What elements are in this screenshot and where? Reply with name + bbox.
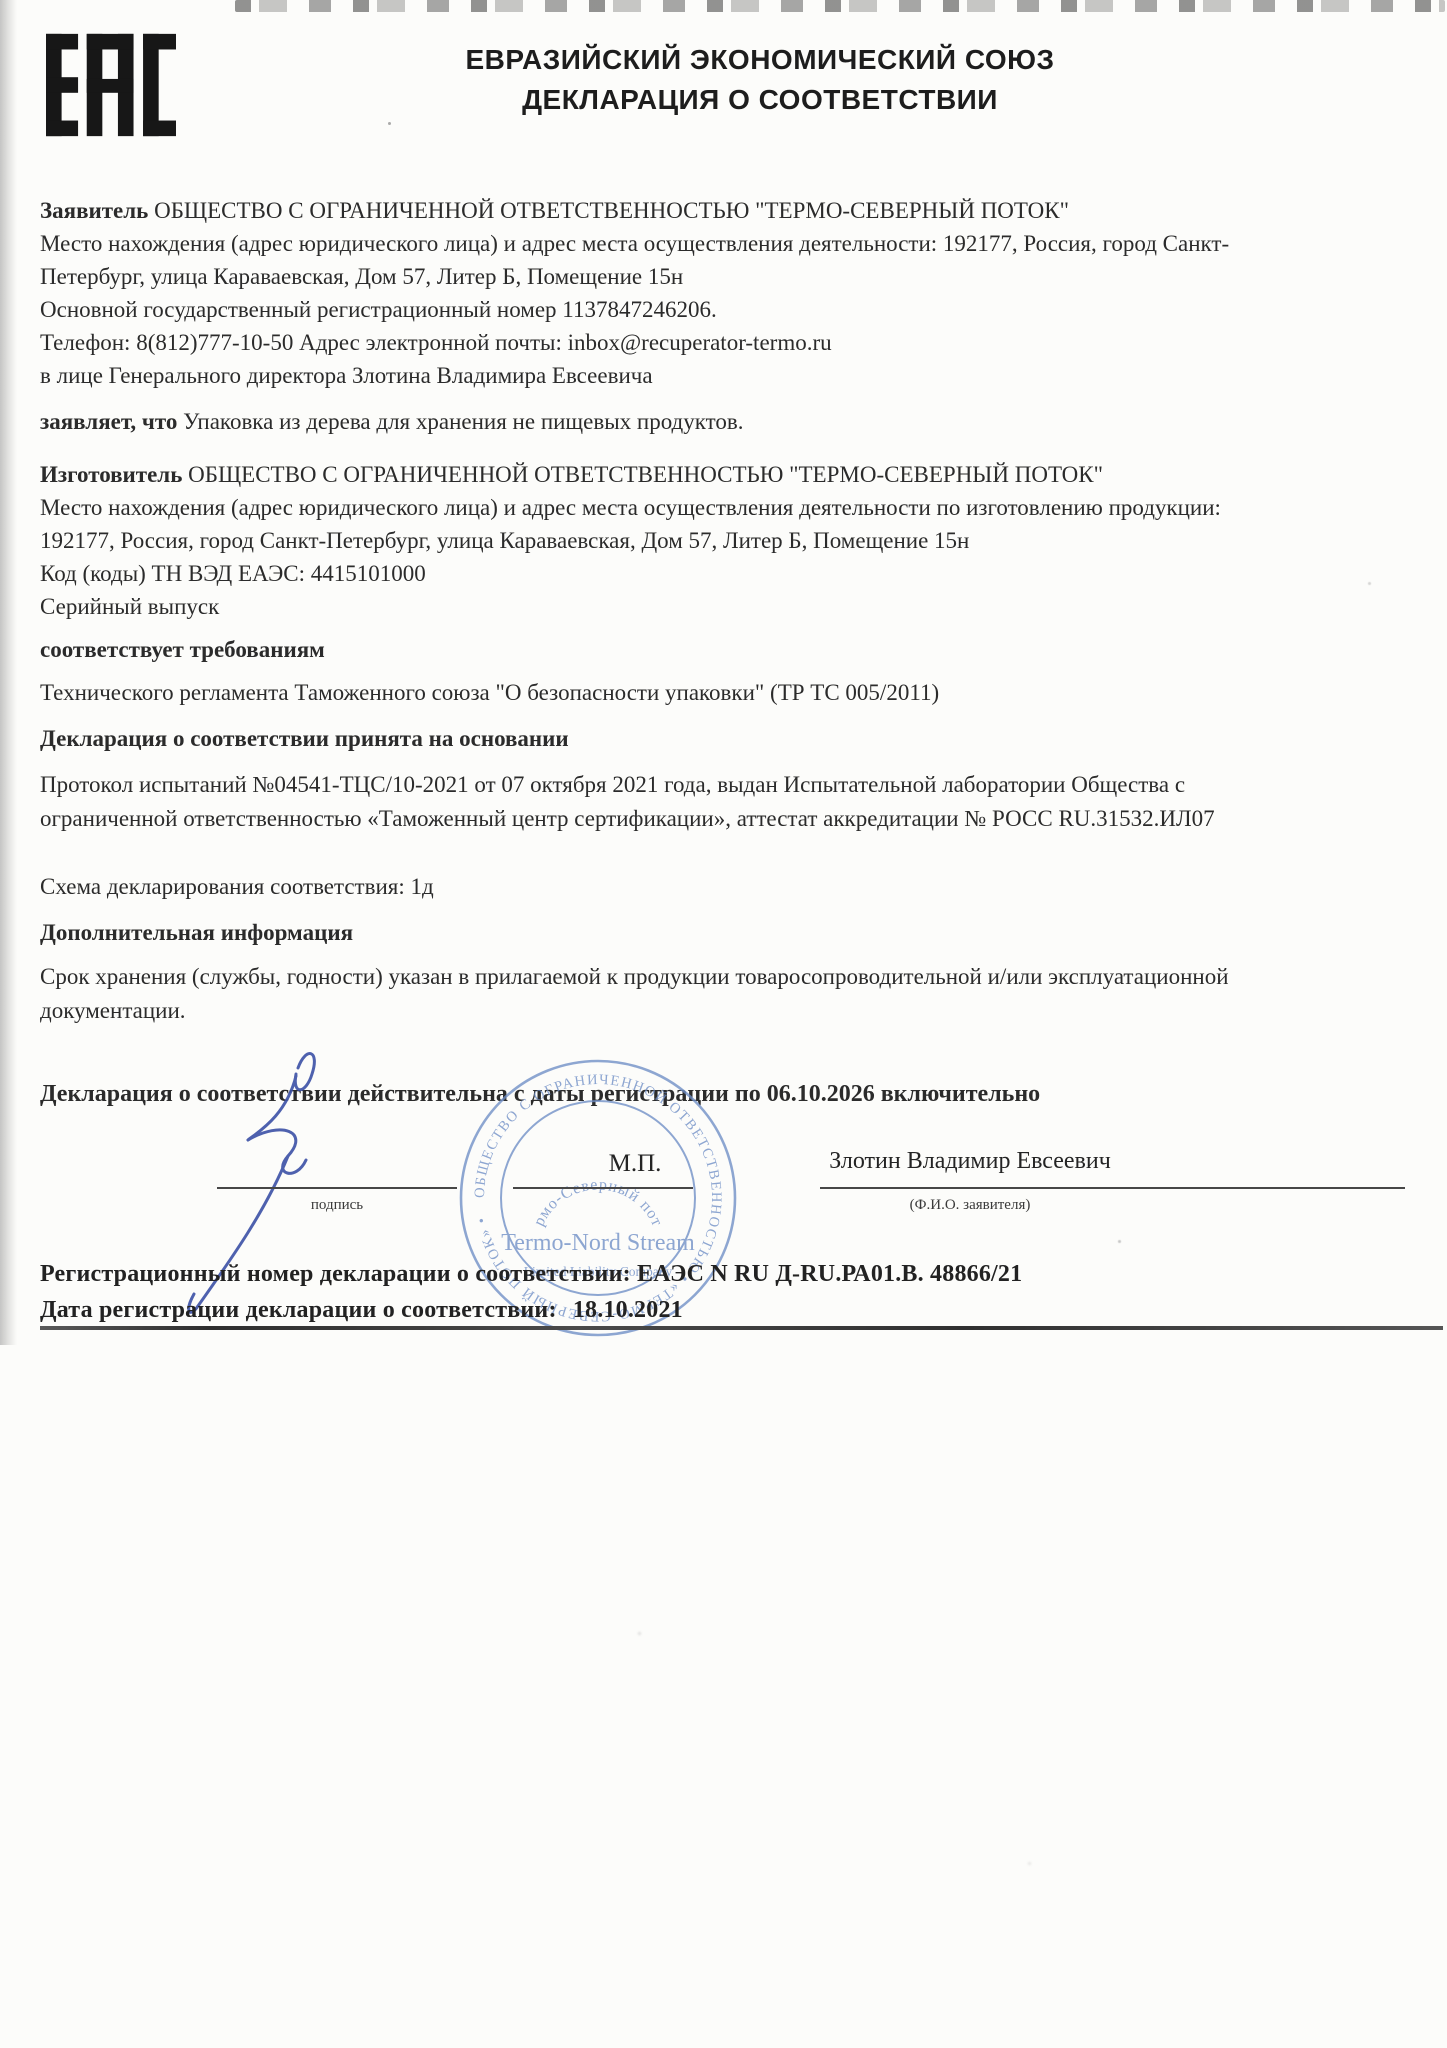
manufacturer-label: Изготовитель (40, 462, 182, 487)
stamp-company-name-ru: «Термо-Северный поток» (448, 1048, 666, 1229)
manufacturer-name-line: Изготовитель ОБЩЕСТВО С ОГРАНИЧЕННОЙ ОТВ… (40, 458, 1288, 491)
scan-specks (388, 122, 391, 125)
signer-name-caption: (Ф.И.О. заявителя) (730, 1197, 1210, 1214)
scan-edge-shadow (0, 0, 17, 1345)
basis-heading: Декларация о соответствии принята на осн… (40, 722, 569, 755)
registration-number-line: Регистрационный номер декларации о соотв… (40, 1256, 1022, 1292)
registration-number-label: Регистрационный номер декларации о соотв… (40, 1261, 631, 1287)
manufacturer-name: ОБЩЕСТВО С ОГРАНИЧЕННОЙ ОТВЕТСТВЕННОСТЬЮ… (188, 462, 1103, 487)
registration-date-value: 18.10.2021 (573, 1297, 683, 1323)
test-protocol: Протокол испытаний №04541-ТЦС/10-2021 от… (40, 768, 1240, 836)
applicant-contacts: Телефон: 8(812)777-10-50 Адрес электронн… (40, 326, 1288, 359)
applicant-ogrn: Основной государственный регистрационный… (40, 293, 1288, 326)
additional-info-heading: Дополнительная информация (40, 916, 353, 949)
applicant-name-line: Заявитель ОБЩЕСТВО С ОГРАНИЧЕННОЙ ОТВЕТС… (40, 194, 1288, 227)
product-description: Упаковка из дерева для хранения не пищев… (183, 409, 743, 434)
union-title: ЕВРАЗИЙСКИЙ ЭКОНОМИЧЕСКИЙ СОЮЗ (300, 40, 1220, 80)
stamp-place-abbr: М.П. (575, 1150, 695, 1178)
signature-line (217, 1187, 457, 1189)
applicant-label: Заявитель (40, 198, 148, 223)
eac-mark-icon (46, 26, 176, 149)
additional-info-text: Срок хранения (службы, годности) указан … (40, 960, 1280, 1028)
stamp-line (513, 1187, 693, 1189)
applicant-section: Заявитель ОБЩЕСТВО С ОГРАНИЧЕННОЙ ОТВЕТС… (40, 194, 1288, 392)
doc-title: ДЕКЛАРАЦИЯ О СООТВЕТСТВИИ (300, 80, 1220, 120)
manufacturer-address: Место нахождения (адрес юридического лиц… (40, 491, 1288, 557)
registration-section: Регистрационный номер декларации о соотв… (40, 1256, 1022, 1328)
registration-number-value: ЕАЭС N RU Д-RU.РА01.В. 48866/21 (637, 1261, 1022, 1287)
signature-caption: подпись (217, 1197, 457, 1214)
manufacturer-section: Изготовитель ОБЩЕСТВО С ОГРАНИЧЕННОЙ ОТВ… (40, 458, 1288, 623)
declaration-scheme: Схема декларирования соответствия: 1д (40, 870, 434, 903)
declaration-statement: заявляет, что Упаковка из дерева для хра… (40, 405, 744, 438)
regulation-reference: Технического регламента Таможенного союз… (40, 676, 939, 709)
document-header: ЕВРАЗИЙСКИЙ ЭКОНОМИЧЕСКИЙ СОЮЗ ДЕКЛАРАЦИ… (300, 40, 1220, 120)
bottom-divider (40, 1326, 1443, 1330)
validity-statement: Декларация о соответствии действительна … (40, 1078, 1040, 1111)
signer-name-line (820, 1187, 1405, 1189)
declaration-document: ЕВРАЗИЙСКИЙ ЭКОНОМИЧЕСКИЙ СОЮЗ ДЕКЛАРАЦИ… (0, 0, 1447, 2048)
applicant-representative: в лице Генерального директора Злотина Вл… (40, 359, 1288, 392)
applicant-address: Место нахождения (адрес юридического лиц… (40, 227, 1288, 293)
scan-noise-strip (235, 0, 1445, 12)
signer-name: Злотин Владимир Евсеевич (730, 1148, 1210, 1175)
declares-label: заявляет, что (40, 409, 177, 434)
compliance-heading: соответствует требованиям (40, 633, 325, 666)
stamp-company-name-en: Termo-Nord Stream (501, 1230, 695, 1256)
registration-date-label: Дата регистрации декларации о соответств… (40, 1297, 557, 1323)
tnved-code: Код (коды) ТН ВЭД ЕАЭС: 4415101000 (40, 557, 1288, 590)
release-type: Серийный выпуск (40, 590, 1288, 623)
registration-date-line: Дата регистрации декларации о соответств… (40, 1292, 1022, 1328)
applicant-name: ОБЩЕСТВО С ОГРАНИЧЕННОЙ ОТВЕТСТВЕННОСТЬЮ… (154, 198, 1069, 223)
